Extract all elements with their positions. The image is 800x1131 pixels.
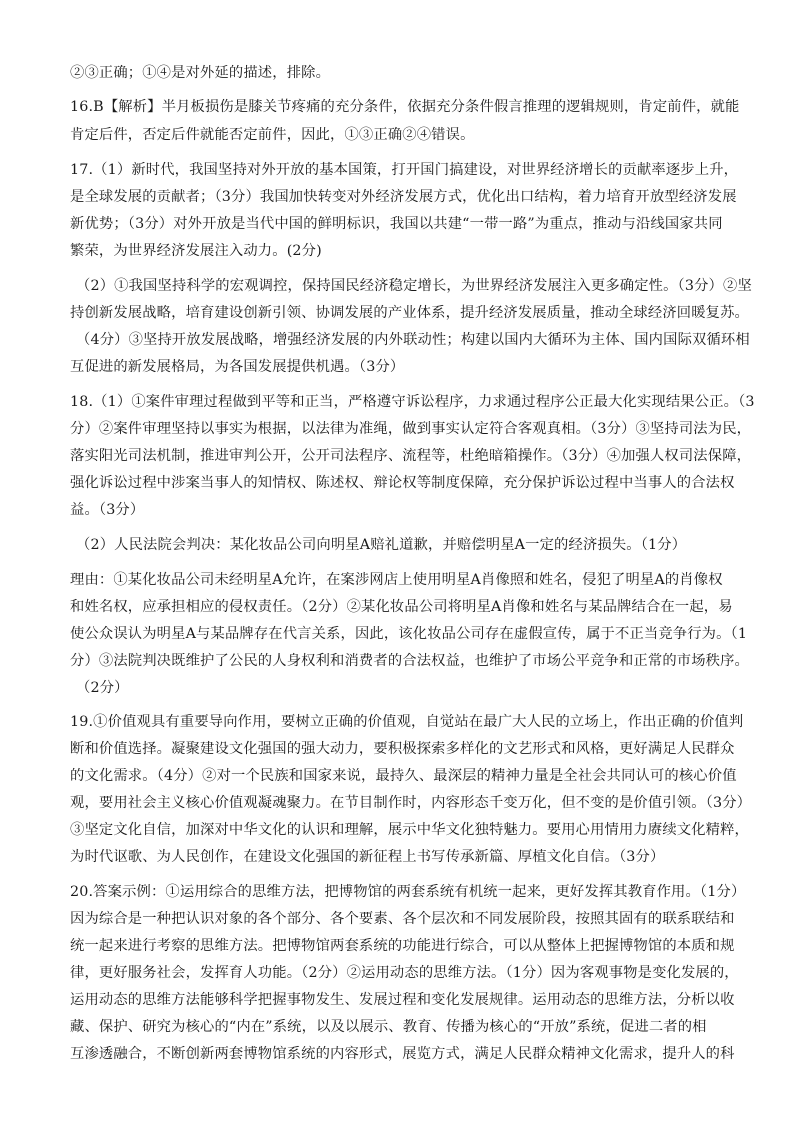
answer-line: （2）人民法院会判决：某化妆品公司向明星A赔礼道歉，并赔偿明星A一定的经济损失。… [76,536,756,554]
answer-line: 理由：①某化妆品公司未经明星A允许，在案涉网店上使用明星A肖像照和姓名，侵犯了明… [70,571,750,589]
document-page: ②③正确；①④是对外延的描述，排除。 16.B【解析】半月板损伤是膝关节疼痛的充… [0,0,800,1131]
answer-line: ③坚定文化自信，加深对中华文化的认识和理解，展示中华文化独特魅力。要用心用情用力… [70,821,750,839]
answer-line: （2分） [76,679,756,697]
answer-line: 互促进的新发展格局，为各国发展提供机遇。（3分） [70,358,750,376]
answer-line: 互渗透融合，不断创新两套博物馆系统的内容形式，展览方式，满足人民群众精神文化需求… [70,1045,750,1063]
answer-line: 落实阳光司法机制，推进审判公开，公开司法程序、流程等，杜绝暗箱操作。（3分）④加… [70,447,750,465]
answer-line: 律，更好服务社会，发挥育人功能。（2分）②运用动态的思维方法。（1分）因为客观事… [70,964,750,982]
answer-line: 新优势；（3分）对外开放是当代中国的鲜明标识，我国以共建“一带一路”为重点，推动… [70,215,750,233]
answer-line: 强化诉讼过程中涉案当事人的知情权、陈述权、辩论权等制度保障，充分保护诉讼过程中当… [70,474,750,492]
answer-line: 使公众误认为明星A与某品牌存在代言关系，因此，该化妆品公司存在虚假宣传，属于不正… [70,625,750,643]
answer-line: 16.B【解析】半月板损伤是膝关节疼痛的充分条件，依据充分条件假言推理的逻辑规则… [70,98,750,116]
answer-line: 藏、保护、研究为核心的“内在”系统，以及以展示、教育、传播为核心的“开放”系统，… [70,1018,750,1036]
answer-line: 和姓名权，应承担相应的侵权责任。（2分）②某化妆品公司将明星A肖像和姓名与某品牌… [70,598,750,616]
answer-line: （4分）③坚持开放发展战略，增强经济发展的内外联动性；构建以国内大循环为主体、国… [76,331,756,349]
answer-line: 肯定后件，否定后件就能否定前件，因此，①③正确②④错误。 [70,126,750,144]
answer-line: 17.（1）新时代，我国坚持对外开放的基本国策，打开国门搞建设，对世界经济增长的… [70,161,750,179]
answer-line: （2）①我国坚持科学的宏观调控，保持国民经济稳定增长，为世界经济发展注入更多确定… [76,277,756,295]
answer-line: 19.①价值观具有重要导向作用，要树立正确的价值观，自觉站在最广大人民的立场上，… [70,713,750,731]
answer-line: 为时代讴歌、为人民创作，在建设文化强国的新征程上书写传承新篇、厚植文化自信。（3… [70,848,750,866]
answer-line: 的文化需求。（4分）②对一个民族和国家来说，最持久、最深层的精神力量是全社会共同… [70,767,750,785]
answer-line: ②③正确；①④是对外延的描述，排除。 [70,64,750,82]
answer-line: 20.答案示例：①运用综合的思维方法，把博物馆的两套系统有机统一起来，更好发挥其… [70,883,750,901]
answer-line: 断和价值选择。凝聚建设文化强国的强大动力，要积极探索多样化的文艺形式和风格，更好… [70,740,750,758]
answer-line: 繁荣，为世界经济发展注入动力。(2分) [70,242,750,260]
answer-line: 运用动态的思维方法能够科学把握事物发生、发展过程和变化发展规律。运用动态的思维方… [70,991,750,1009]
answer-line: 分）②案件审理坚持以事实为根据，以法律为准绳，做到事实认定符合客观真相。（3分）… [70,420,750,438]
answer-line: 分）③法院判决既维护了公民的人身权利和消费者的合法权益，也维护了市场公平竞争和正… [70,652,750,670]
answer-line: 益。（3分） [70,501,750,519]
answer-line: 是全球发展的贡献者；（3分）我国加快转变对外经济发展方式，优化出口结构，着力培育… [70,188,750,206]
answer-line: 因为综合是一种把认识对象的各个部分、各个要素、各个层次和不同发展阶段，按照其固有… [70,910,750,928]
answer-line: 18.（1）①案件审理过程做到平等和正当，严格遵守诉讼程序，力求通过程序公正最大… [70,393,750,411]
answer-line: 观，要用社会主义核心价值观凝魂聚力。在节目制作时，内容形态千变万化，但不变的是价… [70,794,750,812]
answer-line: 统一起来进行考察的思维方法。把博物馆两套系统的功能进行综合，可以从整体上把握博物… [70,937,750,955]
answer-line: 持创新发展战略，培育建设创新引领、协调发展的产业体系，提升经济发展质量，推动全球… [70,304,750,322]
